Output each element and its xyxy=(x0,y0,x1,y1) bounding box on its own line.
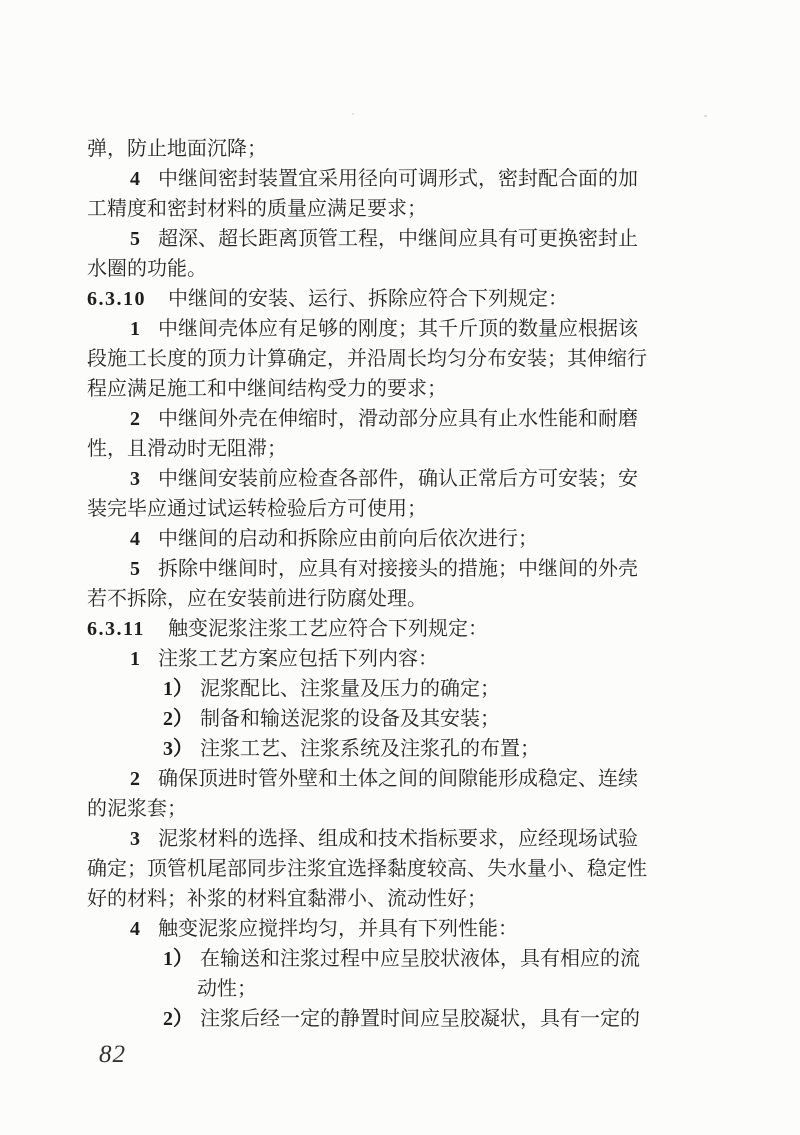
line-text: 程应满足施工和中继间结构受力的要求； xyxy=(87,374,647,404)
item-number: 2） xyxy=(163,704,200,734)
text-line: 2）制备和输送泥浆的设备及其安装； xyxy=(87,704,647,734)
text-line: 水圈的功能。 xyxy=(87,254,647,284)
text-line: 1）泥浆配比、注浆量及压力的确定； xyxy=(87,674,647,704)
text-line: 2中继间外壳在伸缩时，滑动部分应具有止水性能和耐磨 xyxy=(87,404,647,434)
scan-speck xyxy=(704,115,707,117)
text-line: 的泥浆套； xyxy=(87,794,647,824)
line-text: 制备和输送泥浆的设备及其安装； xyxy=(200,704,647,734)
line-text: 中继间的启动和拆除应由前向后依次进行； xyxy=(158,524,647,554)
text-line: 段施工长度的顶力计算确定，并沿周长均匀分布安装；其伸缩行 xyxy=(87,344,647,374)
item-number: 1） xyxy=(163,944,200,974)
text-line: 4触变泥浆应搅拌均匀，并具有下列性能： xyxy=(87,914,647,944)
line-text: 泥浆材料的选择、组成和技术指标要求，应经现场试验 xyxy=(158,824,647,854)
item-number: 2 xyxy=(130,404,158,434)
line-text: 中继间的安装、运行、拆除应符合下列规定： xyxy=(168,284,647,314)
item-number: 4 xyxy=(130,164,158,194)
line-text: 段施工长度的顶力计算确定，并沿周长均匀分布安装；其伸缩行 xyxy=(87,344,647,374)
line-text: 超深、超长距离顶管工程，中继间应具有可更换密封止 xyxy=(158,224,647,254)
text-line: 6.3.11触变泥浆注浆工艺应符合下列规定： xyxy=(87,614,647,644)
item-number: 4 xyxy=(130,524,158,554)
text-line: 5超深、超长距离顶管工程，中继间应具有可更换密封止 xyxy=(87,224,647,254)
text-line: 3中继间安装前应检查各部件，确认正常后方可安装；安 xyxy=(87,464,647,494)
line-text: 中继间外壳在伸缩时，滑动部分应具有止水性能和耐磨 xyxy=(158,404,647,434)
text-line: 1中继间壳体应有足够的刚度；其千斤顶的数量应根据该 xyxy=(87,314,647,344)
scan-speck xyxy=(352,113,354,115)
line-text: 的泥浆套； xyxy=(87,794,647,824)
line-text: 动性； xyxy=(197,974,647,1004)
text-line: 弹，防止地面沉降； xyxy=(87,134,647,164)
item-number: 1） xyxy=(163,674,200,704)
line-text: 好的材料；补浆的材料宜黏滞小、流动性好； xyxy=(87,884,647,914)
clause-number: 6.3.11 xyxy=(87,614,168,644)
line-text: 注浆工艺方案应包括下列内容： xyxy=(158,644,647,674)
text-line: 6.3.10中继间的安装、运行、拆除应符合下列规定： xyxy=(87,284,647,314)
page-number: 82 xyxy=(99,1041,126,1069)
line-text: 拆除中继间时，应具有对接接头的措施；中继间的外壳 xyxy=(158,554,647,584)
line-text: 工精度和密封材料的质量应满足要求； xyxy=(87,194,647,224)
line-text: 弹，防止地面沉降； xyxy=(87,134,647,164)
line-text: 在输送和注浆过程中应呈胶状液体，具有相应的流 xyxy=(200,944,647,974)
line-text: 中继间密封装置宜采用径向可调形式，密封配合面的加 xyxy=(158,164,647,194)
body-text-block: 弹，防止地面沉降；4中继间密封装置宜采用径向可调形式，密封配合面的加工精度和密封… xyxy=(87,134,647,1034)
text-line: 好的材料；补浆的材料宜黏滞小、流动性好； xyxy=(87,884,647,914)
text-line: 若不拆除，应在安装前进行防腐处理。 xyxy=(87,584,647,614)
text-line: 5拆除中继间时，应具有对接接头的措施；中继间的外壳 xyxy=(87,554,647,584)
text-line: 4中继间的启动和拆除应由前向后依次进行； xyxy=(87,524,647,554)
item-number: 4 xyxy=(130,914,158,944)
text-line: 3）注浆工艺、注浆系统及注浆孔的布置； xyxy=(87,734,647,764)
line-text: 若不拆除，应在安装前进行防腐处理。 xyxy=(87,584,647,614)
text-line: 1）在输送和注浆过程中应呈胶状液体，具有相应的流 xyxy=(87,944,647,974)
text-line: 工精度和密封材料的质量应满足要求； xyxy=(87,194,647,224)
item-number: 3） xyxy=(163,734,200,764)
line-text: 确保顶进时管外壁和土体之间的间隙能形成稳定、连续 xyxy=(158,764,647,794)
item-number: 2） xyxy=(163,1004,200,1034)
text-line: 确定；顶管机尾部同步注浆宜选择黏度较高、失水量小、稳定性 xyxy=(87,854,647,884)
line-text: 确定；顶管机尾部同步注浆宜选择黏度较高、失水量小、稳定性 xyxy=(87,854,647,884)
text-line: 动性； xyxy=(87,974,647,1004)
scanned-document-page: 弹，防止地面沉降；4中继间密封装置宜采用径向可调形式，密封配合面的加工精度和密封… xyxy=(0,0,800,1135)
item-number: 5 xyxy=(130,224,158,254)
line-text: 水圈的功能。 xyxy=(87,254,647,284)
line-text: 中继间安装前应检查各部件，确认正常后方可安装；安 xyxy=(158,464,647,494)
text-line: 装完毕应通过试运转检验后方可使用； xyxy=(87,494,647,524)
item-number: 3 xyxy=(130,464,158,494)
line-text: 装完毕应通过试运转检验后方可使用； xyxy=(87,494,647,524)
line-text: 触变泥浆应搅拌均匀，并具有下列性能： xyxy=(158,914,647,944)
text-line: 1注浆工艺方案应包括下列内容： xyxy=(87,644,647,674)
line-text: 注浆工艺、注浆系统及注浆孔的布置； xyxy=(200,734,647,764)
line-text: 中继间壳体应有足够的刚度；其千斤顶的数量应根据该 xyxy=(158,314,647,344)
clause-number: 6.3.10 xyxy=(87,284,168,314)
line-text: 注浆后经一定的静置时间应呈胶凝状，具有一定的 xyxy=(200,1004,647,1034)
item-number: 3 xyxy=(130,824,158,854)
text-line: 4中继间密封装置宜采用径向可调形式，密封配合面的加 xyxy=(87,164,647,194)
item-number: 5 xyxy=(130,554,158,584)
text-line: 3泥浆材料的选择、组成和技术指标要求，应经现场试验 xyxy=(87,824,647,854)
line-text: 触变泥浆注浆工艺应符合下列规定： xyxy=(168,614,647,644)
line-text: 性，且滑动时无阻滞； xyxy=(87,434,647,464)
item-number: 1 xyxy=(130,644,158,674)
item-number: 2 xyxy=(130,764,158,794)
text-line: 性，且滑动时无阻滞； xyxy=(87,434,647,464)
text-line: 2确保顶进时管外壁和土体之间的间隙能形成稳定、连续 xyxy=(87,764,647,794)
item-number: 1 xyxy=(130,314,158,344)
text-line: 程应满足施工和中继间结构受力的要求； xyxy=(87,374,647,404)
text-line: 2）注浆后经一定的静置时间应呈胶凝状，具有一定的 xyxy=(87,1004,647,1034)
line-text: 泥浆配比、注浆量及压力的确定； xyxy=(200,674,647,704)
